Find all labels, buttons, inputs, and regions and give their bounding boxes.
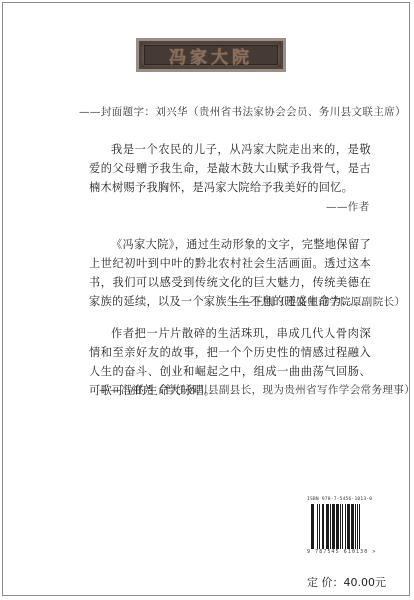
author-quote: 我是一个农民的儿子，从冯家大院走出来的，是敬爱的父母赠予我生命，是敲木鼓大山赋予… [89, 140, 371, 197]
plaque-calligraphy: 冯家大院 [169, 43, 253, 68]
title-plaque: 冯家大院 [136, 38, 286, 72]
isbn-label: ISBN 978-7-5456-1013-0 [307, 497, 379, 502]
wang-gang-signature: ——王刚（遵义师范学院原副院长） [231, 294, 405, 309]
barcode-bars [311, 504, 375, 549]
barcode-digits: 9 787545 610130 > [307, 550, 377, 555]
author-signature: ——作者 [326, 199, 370, 214]
isbn-barcode: ISBN 978-7-5456-1013-0 9 787545 610130 > [307, 497, 377, 575]
feng-zuyao-signature: ——冯祖尧（曾任务川县副县长，现为贵州省写作学会常务理事） [99, 382, 414, 397]
back-cover-page: 冯家大院 ——封面题字：刘兴华（贵州省书法家协会会员、务川县文联主席） 我是一个… [2, 2, 410, 596]
barcode-space [360, 504, 361, 549]
cover-inscription-credit: ——封面题字：刘兴华（贵州省书法家协会会员、务川县文联主席） [79, 104, 406, 119]
price-label: 定 价：40.00元 [307, 574, 386, 590]
